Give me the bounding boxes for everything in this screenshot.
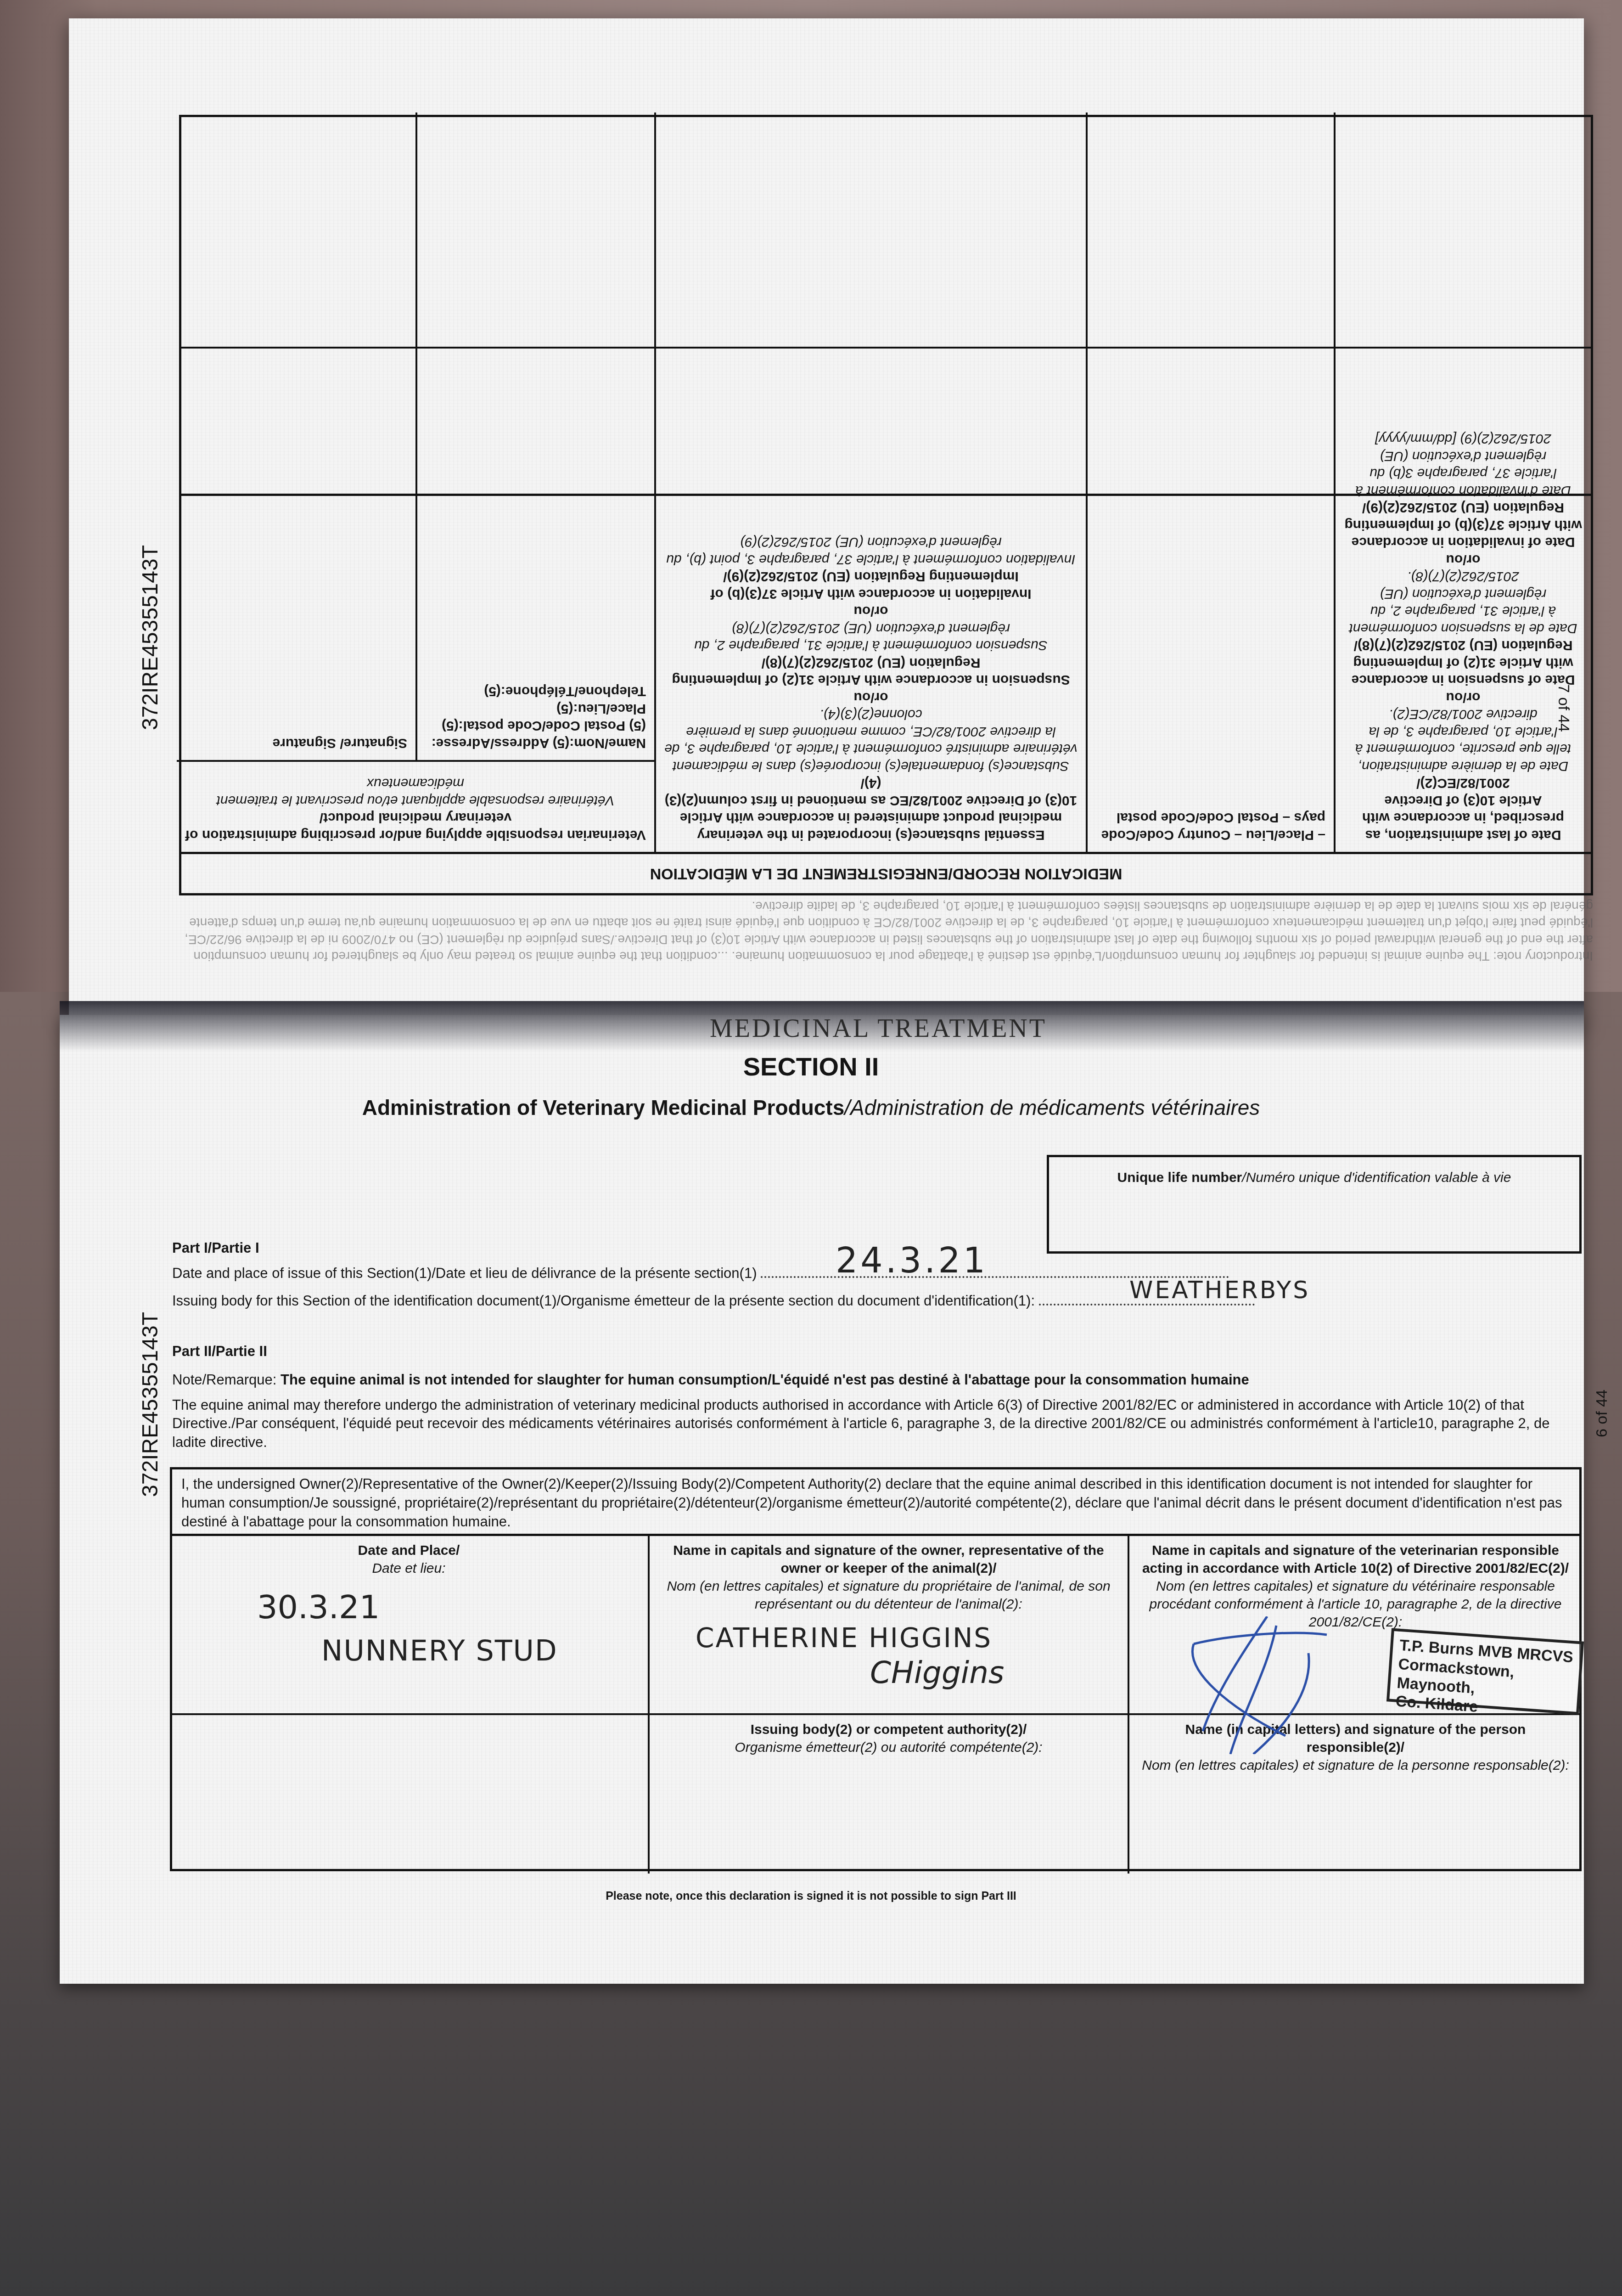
owner-name-value: CATHERINE HIGGINS xyxy=(696,1621,992,1655)
note-paragraph: The equine animal may therefore undergo … xyxy=(172,1396,1572,1452)
vet-signature-label: Signature/ Signature xyxy=(177,494,415,760)
owner-signature-value: CHiggins xyxy=(870,1653,1004,1693)
intro-note-bleedthrough: Introductory note: The equine animal is … xyxy=(179,897,1593,964)
issuing-body-value: WEATHERBYS xyxy=(1129,1277,1310,1304)
medication-record-upside-down: Introductory note: The equine animal is … xyxy=(170,115,1593,895)
medication-record-table: MEDICATION RECORD/ENREGISTREMENT DE LA M… xyxy=(179,115,1593,895)
horse-id-top: 372IRE45355143T xyxy=(138,545,163,730)
section-title: SECTION II xyxy=(0,1052,1622,1081)
col-substances: Essential substance(s) incorporated in t… xyxy=(654,496,1086,852)
empty-cell[interactable] xyxy=(170,1715,650,1874)
declaration-text: I, the undersigned Owner(2)/Representati… xyxy=(181,1475,1568,1531)
medication-row xyxy=(181,347,1591,494)
cell[interactable] xyxy=(1334,349,1591,494)
date-place-issue-line: Date and place of issue of this Section(… xyxy=(172,1265,1229,1282)
horse-id-bottom: 372IRE45355143T xyxy=(138,1312,163,1497)
section-subtitle: Administration of Veterinary Medicinal P… xyxy=(0,1095,1622,1120)
vet-signature-scribble xyxy=(1175,1616,1350,1754)
col-veterinarian: Veterinarian responsible applying and/or… xyxy=(177,496,654,852)
cell[interactable] xyxy=(1086,113,1334,347)
part-1-label: Part I/Partie I xyxy=(172,1240,259,1256)
declaration-signature-table: Date and Place/ Date et lieu: 30.3.21 NU… xyxy=(170,1534,1582,1871)
date-place-cell[interactable]: Date and Place/ Date et lieu: 30.3.21 NU… xyxy=(170,1536,650,1715)
declaration-box: I, the undersigned Owner(2)/Representati… xyxy=(170,1467,1582,1871)
page-number-bottom: 6 of 44 xyxy=(1593,1390,1611,1437)
note-remark: Note/Remarque: The equine animal is not … xyxy=(172,1371,1572,1389)
medicinal-treatment-banner: MEDICINAL TREATMENT xyxy=(174,1017,1047,1040)
vet-stamp: T.P. Burns MVB MRCVS Cormackstown, Mayno… xyxy=(1386,1628,1584,1715)
col-place: – Place/Lieu – Country Code/Code pays – … xyxy=(1086,496,1334,852)
medication-row xyxy=(181,113,1591,347)
date-place-issue-value: 24.3.21 xyxy=(836,1240,988,1281)
page-number-top: 7 of 44 xyxy=(1555,684,1572,732)
declaration-date-value: 30.3.21 xyxy=(257,1587,380,1628)
medication-record-title: MEDICATION RECORD/ENREGISTREMENT DE LA M… xyxy=(181,852,1591,893)
medication-record-header: Date of last administration, as prescrib… xyxy=(181,494,1591,852)
part-2-label: Part II/Partie II xyxy=(172,1343,267,1360)
cell[interactable] xyxy=(415,113,654,347)
owner-signature-cell[interactable]: Name in capitals and signature of the ow… xyxy=(650,1536,1129,1715)
footer-note: Please note, once this declaration is si… xyxy=(0,1890,1622,1903)
cell[interactable] xyxy=(1334,113,1591,347)
unique-life-number-box[interactable]: Unique life number/Numéro unique d'ident… xyxy=(1047,1155,1582,1254)
issuing-body-line: Issuing body for this Section of the ide… xyxy=(172,1293,1255,1309)
cell[interactable] xyxy=(654,349,1086,494)
cell[interactable] xyxy=(1086,349,1334,494)
declaration-place-value: NUNNERY STUD xyxy=(321,1632,558,1670)
issuing-body-cell[interactable]: Issuing body(2) or competent authority(2… xyxy=(650,1715,1129,1874)
cell[interactable] xyxy=(654,113,1086,347)
col-date-last-admin: Date of last administration, as prescrib… xyxy=(1334,496,1591,852)
vet-details-label: Name/Nom:(5) Address/Adresse:(5) Postal … xyxy=(415,494,654,760)
cell[interactable] xyxy=(415,349,654,494)
